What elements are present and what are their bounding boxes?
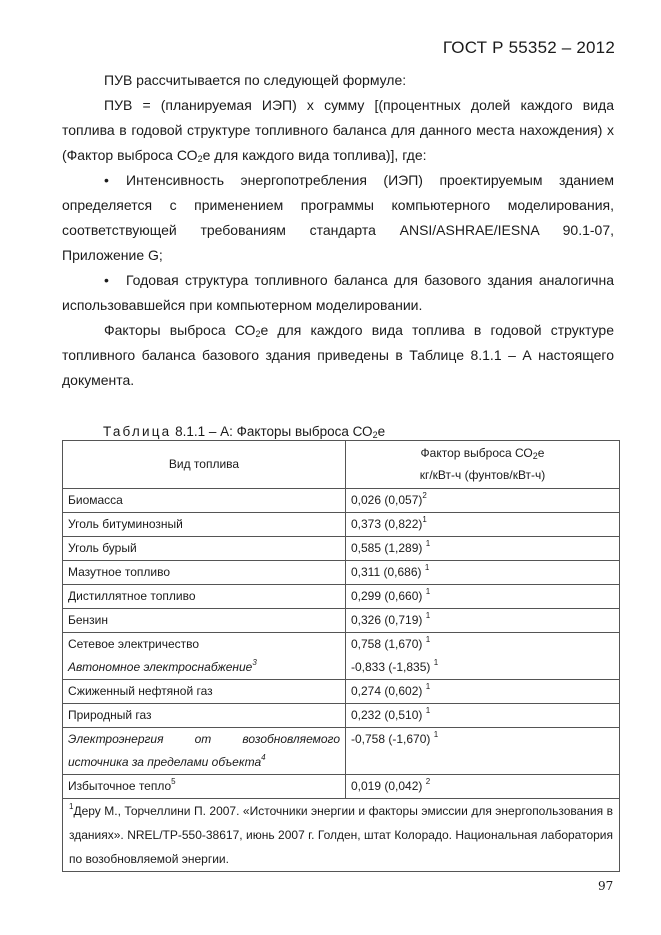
table-caption: Таблица 8.1.1 – А: Факторы выброса СО2е	[103, 424, 385, 439]
table-row: Сетевое электричествоАвтономное электрос…	[63, 633, 620, 680]
document-header: ГОСТ Р 55352 – 2012	[443, 38, 615, 58]
table-row: Бензин0,326 (0,719) 1	[63, 609, 620, 633]
table-footnote: 1Деру М., Торчеллини П. 2007. «Источники…	[63, 799, 620, 872]
paragraph-formula-intro: ПУВ рассчитывается по следующей формуле:	[62, 68, 614, 93]
table-row: Уголь бурый0,585 (1,289) 1	[63, 537, 620, 561]
bullet-icon: •	[104, 168, 126, 193]
table-row: Избыточное тепло50,019 (0,042) 2	[63, 775, 620, 799]
table-row: Биомасса0,026 (0,057)2	[63, 489, 620, 513]
bullet-item-energy-intensity: •Интенсивность энергопотребления (ИЭП) п…	[62, 168, 614, 268]
page-number: 97	[598, 879, 613, 893]
bullet-item-fuel-structure: •Годовая структура топливного баланса дл…	[62, 268, 614, 318]
paragraph-table-reference: Факторы выброса СО2е для каждого вида то…	[62, 318, 614, 393]
table-row: Природный газ0,232 (0,510) 1	[63, 704, 620, 728]
emission-factors-table: Вид топлива Фактор выброса СО2екг/кВт-ч …	[62, 440, 620, 872]
paragraph-formula: ПУВ = (планируемая ИЭП) х сумму [(процен…	[62, 93, 614, 168]
bullet-icon: •	[104, 268, 126, 293]
table-footnote-row: 1Деру М., Торчеллини П. 2007. «Источники…	[63, 799, 620, 872]
table-row: Дистиллятное топливо0,299 (0,660) 1	[63, 585, 620, 609]
table-header-row: Вид топлива Фактор выброса СО2екг/кВт-ч …	[63, 441, 620, 489]
table-row: Уголь битуминозный0,373 (0,822)1	[63, 513, 620, 537]
body-text: ПУВ рассчитывается по следующей формуле:…	[62, 68, 614, 393]
column-header-fuel-type: Вид топлива	[63, 441, 346, 489]
table-row: Сжиженный нефтяной газ0,274 (0,602) 1	[63, 680, 620, 704]
column-header-emission-factor: Фактор выброса СО2екг/кВт-ч (фунтов/кВт-…	[346, 441, 620, 489]
table-row: Электроэнергия от возобновляемогоисточни…	[63, 728, 620, 775]
table-row: Мазутное топливо0,311 (0,686) 1	[63, 561, 620, 585]
